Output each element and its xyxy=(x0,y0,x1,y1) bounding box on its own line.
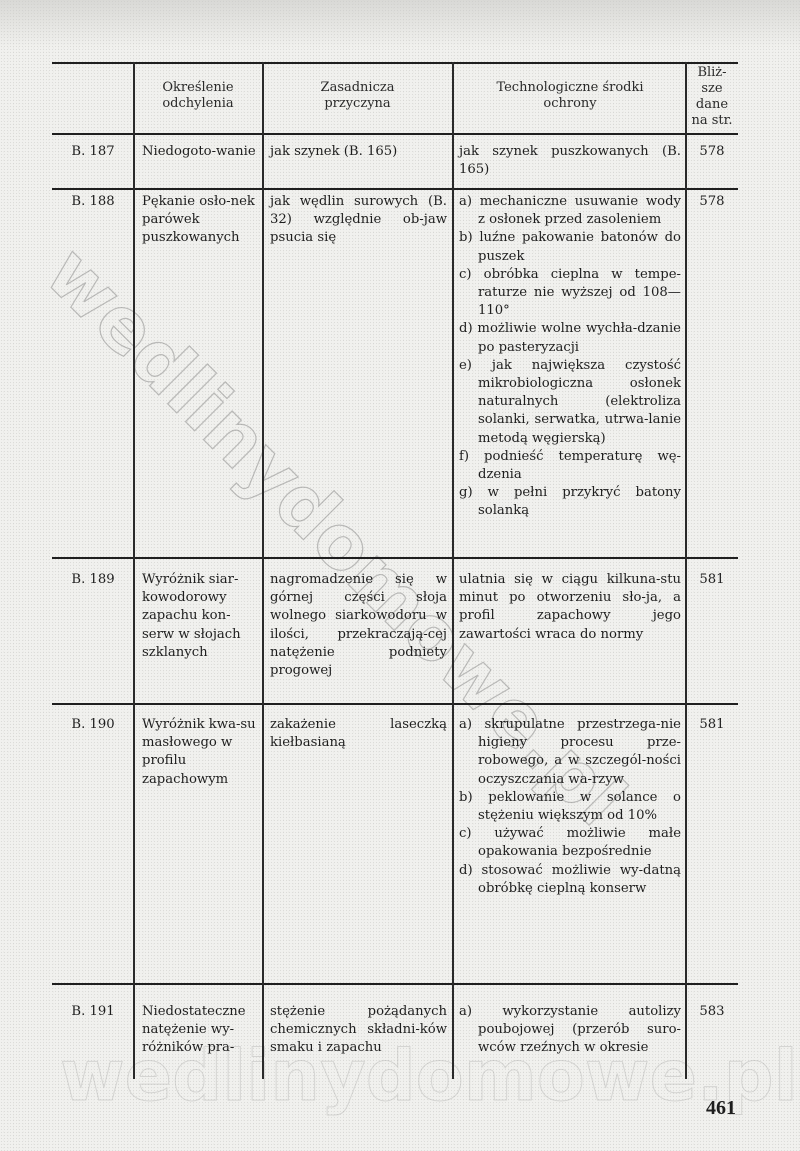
row-rule xyxy=(52,557,738,559)
row-page-ref: 581 xyxy=(686,716,738,734)
measure-item: a) mechaniczne usuwanie wody z osłonek p… xyxy=(459,193,681,229)
measure-item: ulatnia się w ciągu kilkuna-stu minut po… xyxy=(459,571,681,644)
scan-top-shadow xyxy=(0,0,800,48)
row-page-ref: 583 xyxy=(686,1003,738,1021)
row-page-ref: 578 xyxy=(686,143,738,161)
row-deviation: Wyróżnik siar-kowodorowy zapachu kon-ser… xyxy=(142,571,256,662)
row-measures: jak szynek puszkowanych (B. 165) xyxy=(459,143,681,179)
row-cause: nagromadzenie się w górnej części słoja … xyxy=(270,571,447,680)
row-rule xyxy=(52,703,738,705)
page-number: 461 xyxy=(706,1097,736,1120)
row-measures: ulatnia się w ciągu kilkuna-stu minut po… xyxy=(459,571,681,644)
measure-item: e) jak największa czystość mikrobiologic… xyxy=(459,357,681,448)
row-rule xyxy=(52,188,738,190)
row-deviation: Niedogoto-wanie xyxy=(142,143,256,161)
row-id: B. 189 xyxy=(52,571,134,589)
row-measures: a) mechaniczne usuwanie wody z osłonek p… xyxy=(459,193,681,521)
measure-item: a) skrupulatne przestrzega-nie higieny p… xyxy=(459,716,681,789)
row-cause: zakażenie laseczką kiełbasianą xyxy=(270,716,447,752)
row-deviation: Wyróżnik kwa-su masłowego w profilu zapa… xyxy=(142,716,256,789)
row-rule xyxy=(52,983,738,985)
row-id: B. 191 xyxy=(52,1003,134,1021)
measure-item: d) stosować możliwie wy-datną obróbkę ci… xyxy=(459,862,681,898)
row-id: B. 188 xyxy=(52,193,134,211)
measure-item: b) peklowanie w solance o stężeniu więks… xyxy=(459,789,681,825)
table-top-rule xyxy=(52,62,738,64)
measure-item: f) podnieść temperaturę wę-dzenia xyxy=(459,448,681,484)
measure-item: b) luźne pakowanie batonów do puszek xyxy=(459,229,681,265)
row-deviation: Niedostateczne natężenie wy-różników pra… xyxy=(142,1003,256,1058)
column-rule xyxy=(262,62,264,1079)
row-cause: jak szynek (B. 165) xyxy=(270,143,447,161)
row-cause: stężenie pożądanych chemicznych składni-… xyxy=(270,1003,447,1058)
row-cause: jak wędlin surowych (B. 32) względnie ob… xyxy=(270,193,447,248)
measure-item: d) możliwie wolne wychła-dzanie po paste… xyxy=(459,320,681,356)
row-measures: a) skrupulatne przestrzega-nie higieny p… xyxy=(459,716,681,898)
column-rule xyxy=(452,62,454,1079)
header-deviation: Określenie odchylenia xyxy=(140,80,256,112)
row-measures: a) wykorzystanie autolizy poubojowej (pr… xyxy=(459,1003,681,1058)
header-bottom-rule xyxy=(52,133,738,135)
measure-item: a) wykorzystanie autolizy poubojowej (pr… xyxy=(459,1003,681,1058)
header-page-ref: Bliż-szedanena str. xyxy=(686,65,738,129)
measure-item: c) obróbka cieplna w tempe-raturze nie w… xyxy=(459,266,681,321)
row-page-ref: 578 xyxy=(686,193,738,211)
header-measures: Technologiczne środki ochrony xyxy=(470,80,670,112)
header-cause: Zasadnicza przyczyna xyxy=(290,80,425,112)
row-id: B. 187 xyxy=(52,143,134,161)
row-id: B. 190 xyxy=(52,716,134,734)
measure-item: c) używać możliwie małe opakowania bezpo… xyxy=(459,825,681,861)
row-deviation: Pękanie osło-nek parówek puszkowanych xyxy=(142,193,256,248)
header-page-ref-text: Bliż-szedanena str. xyxy=(691,65,732,128)
measure-item: g) w pełni przykryć batony solanką xyxy=(459,484,681,520)
row-page-ref: 581 xyxy=(686,571,738,589)
measure-item: jak szynek puszkowanych (B. 165) xyxy=(459,143,681,179)
